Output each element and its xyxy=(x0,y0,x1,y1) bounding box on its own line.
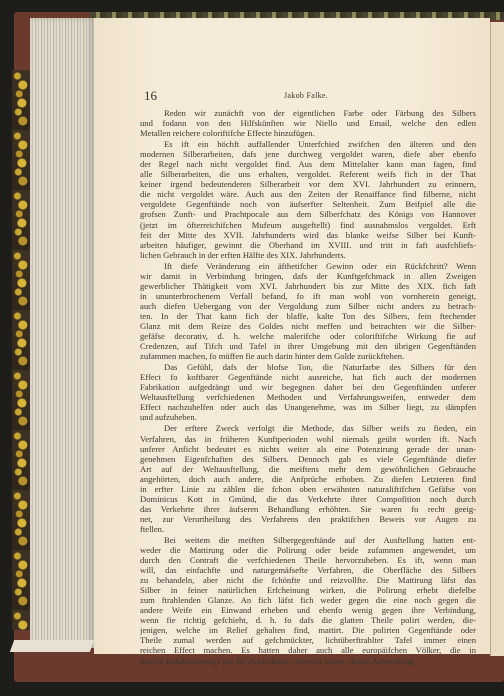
text-line: Es ift ein höchft auffallender Unterfchi… xyxy=(140,139,476,149)
text-line: und aufzuheben. xyxy=(140,412,476,422)
text-line: Reden wir zunächft von der eigentlichen … xyxy=(140,108,476,118)
text-line: auch diefen Uebergang von der Vergoldung… xyxy=(140,301,476,311)
text-line: das Verkehrte ihrer äufseren Behandlung … xyxy=(140,504,476,514)
text-line: Metallen reichere coloriftifche Effecte … xyxy=(140,128,476,138)
page-block-edges xyxy=(30,18,94,648)
text-line: alle Silberarbeiten, die uns erhalten, v… xyxy=(140,169,476,179)
text-line: Fabrikation aufgedrängt und wir begegnen… xyxy=(140,382,476,392)
text-line: Effect fo koftbarer Gegenftände nicht au… xyxy=(140,372,476,382)
marbled-cover-edge xyxy=(12,70,30,630)
text-line: Weltausftellung verfchiedenen Methoden u… xyxy=(140,392,476,402)
running-head: Jakob Falke. xyxy=(284,91,328,100)
text-line: arbeiten häufiger, gewinnt die Oberhand … xyxy=(140,240,476,250)
text-line: der Regel nach nicht vergoldet find. Aus… xyxy=(140,159,476,169)
text-line: vergoldete Gegenftände noch von äufserft… xyxy=(140,199,476,209)
text-line: will, das einfachfte und naturgemäfsefte… xyxy=(140,565,476,575)
text-line: Dominicus Kott in Gmünd, die das Verkehr… xyxy=(140,494,476,504)
text-line: ten. In der That kann fich der blaffe, k… xyxy=(140,311,476,321)
book-page: 16 Jakob Falke. Reden wir zunächft von d… xyxy=(94,18,490,654)
text-line: zufammen machen, fo müffen fie auch dari… xyxy=(140,351,476,361)
text-line: Das Gefühl, dafs der blofse Ton, die Nat… xyxy=(140,362,476,372)
text-line: gewerblicher Thätigkeit vom XVI. Jahrhun… xyxy=(140,281,476,291)
page-header: 16 Jakob Falke. xyxy=(144,88,474,104)
page-block-bottom xyxy=(10,640,94,652)
text-line: in ununterbrochenem Verfall befand, fo i… xyxy=(140,291,476,301)
text-line: durch den Contraft die verfchiedenen The… xyxy=(140,555,476,565)
text-line: wir damit in Verbindung bringen, dafs de… xyxy=(140,271,476,281)
paragraph: Reden wir zunächft von der eigentlichen … xyxy=(140,108,476,138)
text-line: Theile zumal werden auf gefchmückter, li… xyxy=(140,635,476,645)
text-line: net, zur Verurtheilung des Verfahrens de… xyxy=(140,514,476,524)
text-line: wenn fie richtig gefchieht, d. h. fo daf… xyxy=(140,615,476,625)
text-line: ftellen. xyxy=(140,524,476,534)
text-line: Effect nachzuhelfen oder auch das Unange… xyxy=(140,402,476,412)
text-line: reichen Effect machen. Es hatten daher a… xyxy=(140,645,476,655)
text-line: andere Weife ein Einwand erheben und ebe… xyxy=(140,605,476,615)
text-line: diefem Induftriezweige auf der Ausftellu… xyxy=(140,656,476,666)
text-line: weder die Mattirung oder die Polirung od… xyxy=(140,545,476,555)
text-line: Verfahren, das in früheren Kunftperioden… xyxy=(140,434,476,444)
text-line: (jetzt im öfterreichifchen Mufeum ausgef… xyxy=(140,220,476,230)
body-text: Reden wir zunächft von der eigentlichen … xyxy=(140,108,476,667)
text-line: die nicht vergoldet wäre. Auch aus den Z… xyxy=(140,189,476,199)
paragraph: Es ift ein höchft auffallender Unterfchi… xyxy=(140,139,476,260)
paragraph: Bei weitem die meiften Silbergegenftände… xyxy=(140,535,476,666)
text-line: zum ftrahlenden Glanze. An fich läfst fi… xyxy=(140,595,476,605)
text-line: und fodann von den Hilfskünften wie Niel… xyxy=(140,118,476,128)
text-line: jenigen, welche im Relief gehalten find,… xyxy=(140,625,476,635)
text-line: grofsen Zunft- und Prachtpocale aus dem … xyxy=(140,209,476,219)
text-line: Glanz mit dem Reize des Goldes nicht mef… xyxy=(140,321,476,331)
facing-page-edge xyxy=(490,22,504,656)
paragraph: Ift diefe Veränderung ein äfthetifcher G… xyxy=(140,261,476,361)
text-line: keiner irgend bedeutenderen Silberarbeit… xyxy=(140,179,476,189)
text-line: Bei weitem die meiften Silbergegenftände… xyxy=(140,535,476,545)
text-line: Silber in feiner natürlichen Erfcheinung… xyxy=(140,585,476,595)
text-line: in erfter Linie zu zählen die fchon oben… xyxy=(140,484,476,494)
text-line: feit der Mitte des XVII. Jahrhunderts wi… xyxy=(140,230,476,240)
text-line: Art auf der Weltausftellung, die meiften… xyxy=(140,464,476,474)
text-line: angehörten, doch auch andere, die Anfprü… xyxy=(140,474,476,484)
page-number: 16 xyxy=(144,88,157,104)
paragraph: Der erftere Zweck verfolgt die Methode, … xyxy=(140,423,476,534)
text-line: Ift diefe Veränderung ein äfthetifcher G… xyxy=(140,261,476,271)
paragraph: Das Gefühl, dafs der blofse Ton, die Nat… xyxy=(140,362,476,422)
text-line: unferer Anficht bedeutet es nichts weite… xyxy=(140,444,476,454)
text-line: gefäfse decorativ, d. h. welche malerifc… xyxy=(140,331,476,341)
text-line: Credenzen, auf Tifch und Tafel in ihrer … xyxy=(140,341,476,351)
text-line: modernen Silberarbeiten, dafs jene durch… xyxy=(140,149,476,159)
text-line: lichen Gebrauch in der erften Hälfte des… xyxy=(140,250,476,260)
text-line: Der erftere Zweck verfolgt die Methode, … xyxy=(140,423,476,433)
text-line: zu behandeln, aber nicht die fchönfte un… xyxy=(140,575,476,585)
text-line: genehmen Eigenfchaften des Silbers. Denn… xyxy=(140,454,476,464)
